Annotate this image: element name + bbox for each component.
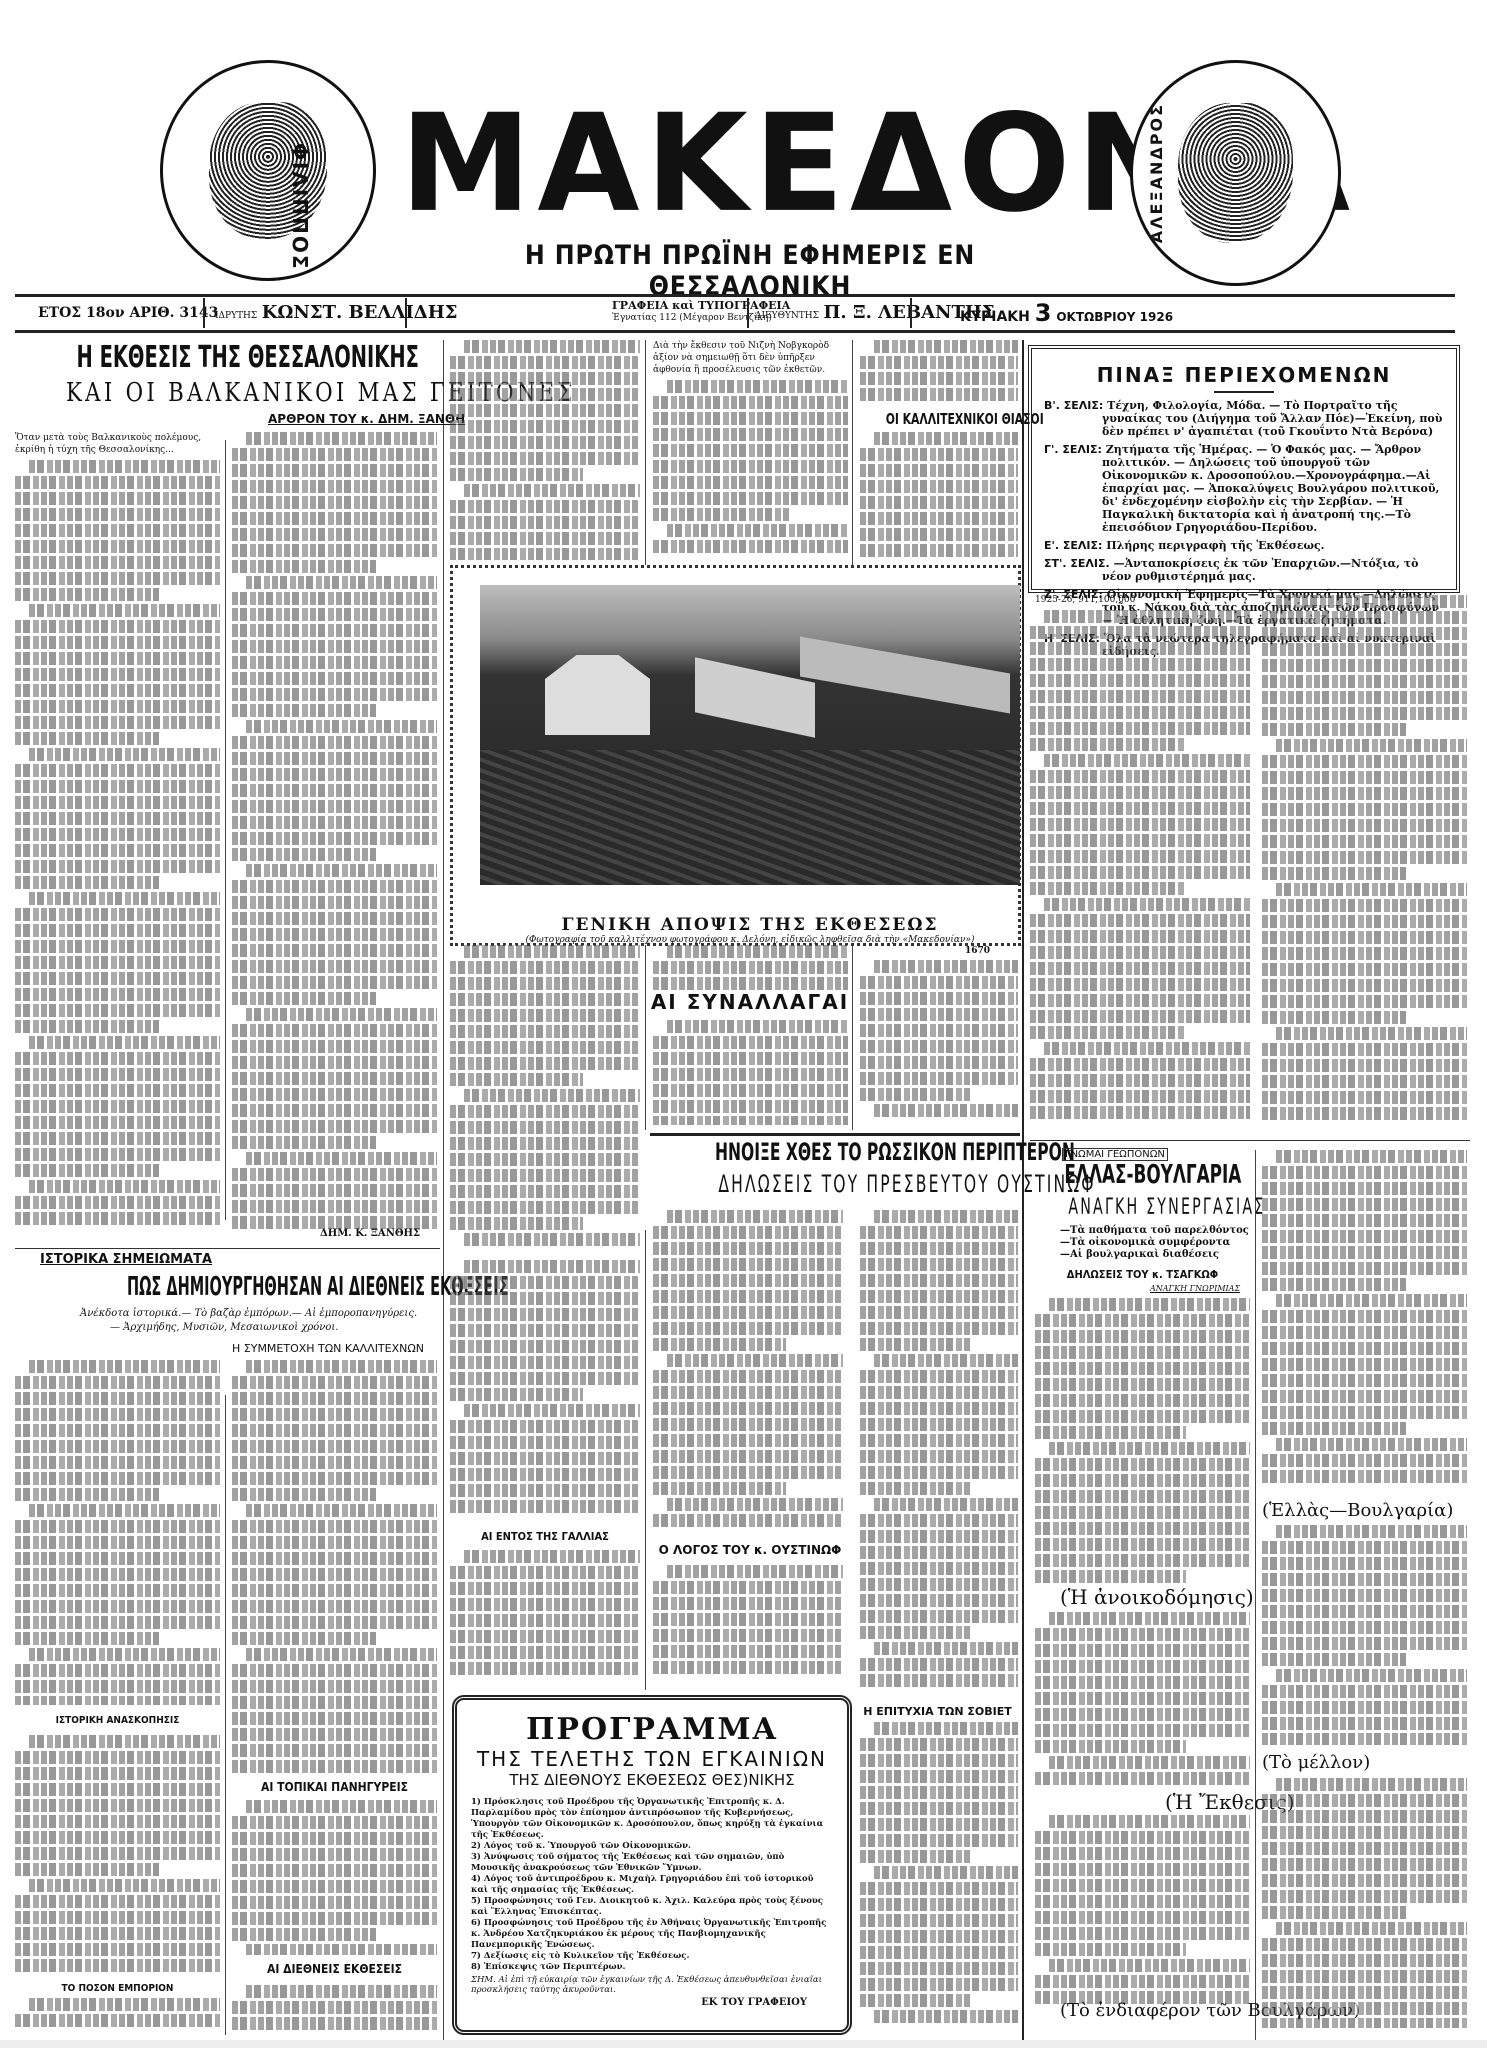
text-line <box>450 404 640 417</box>
text-line <box>450 1041 640 1054</box>
text-line <box>653 1482 786 1495</box>
gb-point: —Τὰ οἰκονομικὰ συμφέροντα <box>1060 1237 1249 1249</box>
text-line <box>29 1180 220 1193</box>
text-line <box>1262 1091 1467 1104</box>
russian-col1-lower-text <box>653 1565 843 1685</box>
text-line <box>1262 931 1467 944</box>
historical-rule <box>15 1248 440 1249</box>
text-line <box>450 1201 640 1214</box>
text-line <box>860 512 1018 525</box>
text-line <box>232 1696 437 1709</box>
text-line <box>1030 994 1250 1007</box>
text-line <box>1262 1842 1467 1855</box>
text-line <box>1276 595 1467 608</box>
column-rule <box>225 440 226 1220</box>
text-line <box>232 448 437 461</box>
gb-col1-text-c <box>1035 1815 1250 2005</box>
text-line <box>1030 850 1250 863</box>
text-line <box>667 1354 843 1367</box>
text-line <box>860 1418 1018 1431</box>
toc-row: Β'. ΣΕΛΙΣ: Τέχνη, Φιλολογία, Μόδα. — Τὸ … <box>1044 399 1444 438</box>
text-line <box>450 516 640 529</box>
text-line <box>15 956 220 969</box>
gb-headline-1-text: ΕΛΛΑΣ-ΒΟΥΛΓΑΡΙΑ <box>1064 1160 1241 1190</box>
divider <box>747 298 749 328</box>
text-line <box>15 1632 159 1645</box>
text-line <box>874 1104 1018 1117</box>
text-line <box>232 1728 437 1741</box>
text-line <box>1262 1342 1467 1355</box>
program-signature: ΕΚ ΤΟΥ ΓΡΑΦΕΙΟΥ <box>457 1997 807 2008</box>
budget-figure: 1925-26, 911,100,000 <box>1035 595 1135 605</box>
text-line <box>450 1630 640 1643</box>
text-line <box>1030 738 1184 751</box>
text-line <box>1262 1794 1467 1807</box>
text-line <box>232 1632 376 1645</box>
text-line <box>1276 1778 1467 1791</box>
text-line <box>1035 1831 1250 1844</box>
photo-caption: ΓΕΝΙΚΗ ΑΠΟΨΙΣ ΤΗΣ ΕΚΘΕΣΕΩΣ (Φωτογραφία τ… <box>480 915 1020 945</box>
text-line <box>1262 2018 1467 2028</box>
text-line <box>232 912 437 925</box>
text-line <box>1049 1298 1250 1311</box>
text-line <box>653 1629 843 1642</box>
text-line <box>1035 1490 1250 1503</box>
text-line <box>860 464 1018 477</box>
text-line <box>29 604 220 617</box>
text-line <box>232 544 437 557</box>
text-line <box>15 1392 220 1405</box>
text-line <box>15 1568 220 1581</box>
text-line <box>15 716 220 729</box>
text-line <box>1030 1026 1184 1039</box>
text-line <box>667 1210 843 1223</box>
text-line <box>15 492 220 505</box>
text-line <box>860 1946 1018 1959</box>
text-line <box>15 556 220 569</box>
text-line <box>1030 1074 1250 1087</box>
text-line <box>1262 1970 1467 1983</box>
text-line <box>653 1100 848 1113</box>
text-line <box>860 1242 1018 1255</box>
text-line <box>653 1370 843 1383</box>
text-line <box>464 945 640 958</box>
text-line <box>653 1402 843 1415</box>
text-line <box>1262 723 1406 736</box>
text-line <box>232 1568 437 1581</box>
text-line <box>15 1376 220 1389</box>
text-line <box>860 496 1018 509</box>
text-line <box>450 388 640 401</box>
text-line <box>860 1258 1018 1271</box>
text-line <box>1035 1895 1250 1908</box>
text-line <box>653 444 848 457</box>
program-items: 1) Πρόσκλησις τοῦ Προέδρου τῆς Ὀργανωτικ… <box>457 1797 847 1973</box>
text-line <box>450 1169 640 1182</box>
year-1670: 1670 <box>965 946 990 956</box>
text-line <box>232 1712 437 1725</box>
text-line <box>450 1073 583 1086</box>
text-line <box>232 480 437 493</box>
text-line <box>246 1504 437 1517</box>
text-line <box>232 688 437 701</box>
text-line <box>15 1148 220 1161</box>
text-line <box>874 960 1018 973</box>
gb-declarations: ΔΗΛΩΣΕΙΣ ΤΟΥ κ. ΤΣΑΓΚΩΦ <box>1030 1268 1255 1281</box>
synallagai-text <box>653 1020 848 1125</box>
text-line <box>1035 1927 1250 1940</box>
russian-headline-1-text: ΗΝΟΙΞΕ ΧΘΕΣ ΤΟ ΡΩΣΣΙΚΟΝ ΠΕΡΙΠΤΕΡΟΝ <box>715 1138 1075 1166</box>
text-line <box>1262 1573 1467 1586</box>
text-line <box>1030 722 1250 735</box>
text-line <box>450 1324 640 1337</box>
text-line <box>1035 1394 1250 1407</box>
text-line <box>29 1648 220 1661</box>
text-line <box>860 1674 1018 1687</box>
text-line <box>1262 787 1467 800</box>
text-line <box>860 1786 1018 1799</box>
text-line <box>450 1340 640 1353</box>
text-line <box>15 1847 220 1860</box>
text-line <box>464 484 640 497</box>
synallagai-lead-text <box>653 945 848 990</box>
historical-headline: ΠΩΣ ΔΗΜΙΟΥΡΓΗΘΗΣΑΝ ΑΙ ΔΙΕΘΝΕΙΣ ΕΚΘΕΣΕΙΣ <box>10 1272 450 1302</box>
text-line <box>860 448 1018 461</box>
galleia-text <box>450 1550 640 1685</box>
historical-col2-text-a <box>232 1360 437 1775</box>
text-line <box>1262 1733 1467 1745</box>
text-line <box>232 1168 437 1181</box>
kallitechnikoi-heading: ΟΙ ΚΑΛΛΙΤΕΧΝΙΚΟΙ ΘΙΑΣΟΙ <box>855 410 1020 428</box>
center-col1-lower-text <box>450 1260 640 1525</box>
program-line2: ΤΗΣ ΤΕΛΕΤΗΣ ΤΩΝ ΕΓΚΑΙΝΙΩΝ <box>457 1747 847 1771</box>
text-line <box>15 1456 220 1469</box>
toc-page: ΣΤ'. ΣΕΛΙΣ. <box>1044 557 1114 570</box>
text-line <box>1035 1426 1186 1439</box>
text-line <box>1262 2002 1467 2015</box>
text-line <box>246 1152 437 1165</box>
text-line <box>860 1802 1018 1815</box>
text-line <box>1262 835 1467 848</box>
text-line <box>1262 947 1467 960</box>
text-line <box>1035 1378 1250 1391</box>
text-line <box>232 1552 437 1565</box>
text-line <box>1262 1890 1467 1903</box>
gb-section-future: (Τὸ μέλλον) <box>1262 1752 1370 1773</box>
text-line <box>653 1338 786 1351</box>
column-rule <box>225 1395 226 2035</box>
text-line <box>1030 962 1250 975</box>
text-line <box>232 784 437 797</box>
text-line <box>667 1498 843 1511</box>
text-line <box>653 492 848 505</box>
text-line <box>15 636 220 649</box>
text-line <box>1262 995 1467 1008</box>
issue-date: ΚΥΡΙΑΚΗ 3 ΟΚΤΩΒΡΙΟΥ 1926 <box>960 299 1173 327</box>
text-line <box>874 2010 1018 2023</box>
text-line <box>667 1565 843 1578</box>
text-line <box>1035 1522 1250 1535</box>
text-line <box>450 1276 640 1289</box>
text-line <box>246 1008 437 1021</box>
program-item: 5) Προσφώνησις τοῦ Γεν. Διοικητοῦ κ. Ἀχι… <box>471 1896 833 1918</box>
text-line <box>860 1402 1018 1415</box>
text-line <box>232 1816 437 1829</box>
text-line <box>653 1434 843 1447</box>
coin-left-legend: ΦΙΛΙΠΠΟΣ <box>288 143 312 271</box>
text-line <box>15 844 220 857</box>
text-line <box>667 1020 848 1033</box>
text-line <box>232 1056 437 1069</box>
text-line <box>1262 1166 1467 1179</box>
text-line <box>15 1927 220 1940</box>
text-line <box>1276 1922 1467 1935</box>
text-line <box>15 508 220 521</box>
column-rule <box>443 340 444 2040</box>
text-line <box>15 572 220 585</box>
text-line <box>232 1600 437 1613</box>
text-line <box>15 796 220 809</box>
coin-alexander-icon: ΑΛΕΞΑΝΔΡΟΣ <box>1130 60 1341 286</box>
text-line <box>450 452 640 465</box>
synallagai-heading: ΑΙ ΣΥΝΑΛΛΑΓΑΙ <box>650 990 850 1014</box>
oustinof-speech-heading: Ο ΛΟΓΟΣ ΤΟΥ κ. ΟΥΣΤΙΝΩΦ <box>650 1543 850 1557</box>
text-line <box>15 1680 220 1693</box>
text-line <box>860 1322 1018 1335</box>
text-line <box>874 1210 1018 1223</box>
text-line <box>246 1944 437 1955</box>
text-line <box>1262 1938 1467 1951</box>
text-line <box>232 1664 437 1677</box>
text-line <box>450 356 640 369</box>
text-line <box>232 1392 437 1405</box>
toc-page: Ε'. ΣΕΛΙΣ: <box>1044 539 1106 552</box>
text-line <box>1035 1692 1250 1705</box>
text-line <box>860 1482 971 1495</box>
text-line <box>232 2017 437 2030</box>
text-line <box>1262 867 1406 880</box>
text-line <box>1262 915 1467 928</box>
text-line <box>1044 754 1250 767</box>
text-line <box>450 1105 640 1118</box>
russian-col2-text <box>860 1210 1018 1700</box>
text-line <box>232 1136 376 1149</box>
text-line <box>464 1260 640 1273</box>
text-line <box>15 732 159 745</box>
historical-subhead-2: — Ἀρχιμήδης, Μυσιῶν, Μεσαιωνικοὶ χρόνοι. <box>110 1322 338 1333</box>
text-line <box>1262 1701 1467 1714</box>
program-item: 6) Προσφώνησις τοῦ Προέδρου τῆς ἐν Ἀθήνα… <box>471 1918 833 1951</box>
text-line <box>860 388 1018 401</box>
text-line <box>450 1372 640 1385</box>
text-line <box>15 1100 220 1113</box>
text-line <box>232 1120 437 1133</box>
text-line <box>653 1226 843 1239</box>
text-line <box>464 1089 640 1102</box>
text-line <box>1262 1059 1467 1072</box>
divider <box>203 298 205 328</box>
text-line <box>246 720 437 733</box>
text-line <box>874 1498 1018 1511</box>
text-line <box>450 500 640 513</box>
text-line <box>15 684 220 697</box>
right-col1-text <box>1030 610 1250 1130</box>
text-line <box>860 528 1018 541</box>
text-line <box>232 496 437 509</box>
text-line <box>15 1815 220 1828</box>
text-line <box>450 1388 583 1401</box>
text-line <box>29 1879 220 1892</box>
text-line <box>15 1895 220 1908</box>
text-line <box>232 800 437 813</box>
toc-title: ΠΙΝΑΞ ΠΕΡΙΕΧΟΜΕΝΩΝ <box>1032 363 1456 387</box>
text-line <box>860 1290 1018 1303</box>
text-line <box>1262 707 1467 720</box>
text-line <box>1049 1442 1250 1455</box>
text-line <box>1035 1708 1250 1721</box>
text-line <box>1262 771 1467 784</box>
text-line <box>1262 803 1467 816</box>
text-line <box>15 1052 220 1065</box>
text-line <box>1262 627 1467 640</box>
text-line <box>860 1024 1018 1037</box>
text-line <box>450 1420 640 1433</box>
text-line <box>653 508 790 521</box>
historical-sub1-text: ΙΣΤΟΡΙΚΗ ΑΝΑΣΚΟΠΗΣΙΣ <box>56 1715 180 1726</box>
text-line <box>1035 1330 1250 1343</box>
text-line <box>246 1360 437 1373</box>
russian-rule <box>650 1133 1020 1136</box>
gb-section-anoikodomisis: (Ἡ ἀνοικοδόμησις) <box>1060 1585 1254 1609</box>
toc-underline <box>1214 391 1274 393</box>
text-line <box>1276 1669 1467 1682</box>
text-line <box>450 1185 640 1198</box>
gb-headline-1: ΕΛΛΑΣ-ΒΟΥΛΓΑΡΙΑ <box>1030 1160 1255 1190</box>
text-line <box>15 1116 220 1129</box>
historical-sub1: ΙΣΤΟΡΙΚΗ ΑΝΑΣΚΟΠΗΣΙΣ <box>15 1715 220 1726</box>
text-line <box>15 1831 220 1844</box>
text-line <box>1262 1637 1467 1650</box>
text-line <box>450 1484 640 1497</box>
text-line <box>450 1614 640 1627</box>
text-line <box>15 1424 220 1437</box>
text-line <box>860 1072 1018 1085</box>
text-line <box>1262 1278 1406 1291</box>
text-line <box>1035 1362 1250 1375</box>
date-month-year: ΟΚΤΩΒΡΙΟΥ 1926 <box>1056 310 1173 324</box>
text-line <box>232 832 437 845</box>
text-line <box>874 432 1018 445</box>
text-line <box>15 476 220 489</box>
text-line <box>15 1943 220 1956</box>
text-line <box>860 1850 971 1863</box>
gb-col2-text-b <box>1262 1525 1467 1745</box>
text-line <box>232 1488 376 1501</box>
text-line <box>1030 802 1250 815</box>
text-line <box>15 1783 220 1796</box>
text-line <box>15 1959 220 1972</box>
text-line <box>653 1581 843 1594</box>
text-line <box>860 1834 1018 1847</box>
column-rule <box>645 1230 646 1690</box>
text-line <box>232 2001 437 2014</box>
text-line <box>860 1450 1018 1463</box>
text-line <box>1262 1422 1406 1435</box>
gb-headline-2-text: ΑΝΑΓΚΗ ΣΥΝΕΡΓΑΣΙΑΣ <box>1068 1195 1265 1220</box>
text-line <box>232 1424 437 1437</box>
text-line <box>232 944 437 957</box>
text-line <box>860 480 1018 493</box>
nizhny-opening: Διὰ τὴν ἔκθεσιν τοῦ Νιζνὴ Νοβγκορὸδ ἀξίο… <box>653 340 848 376</box>
text-line <box>1276 1150 1467 1163</box>
newspaper-title: ΜΑΚΕΔΟΝΙΑ <box>400 97 1100 232</box>
gb-points: —Τὰ παθήματα τοῦ παρελθόντος —Τὰ οἰκονομ… <box>1060 1225 1249 1261</box>
text-line <box>1262 1621 1467 1634</box>
text-line <box>15 1068 220 1081</box>
text-line <box>860 1882 1018 1895</box>
text-line <box>15 1863 159 1876</box>
text-line <box>232 1536 437 1549</box>
historical-col2-text-b <box>232 1800 437 1955</box>
toc-page: Β'. ΣΕΛΙΣ: <box>1044 399 1107 412</box>
text-line <box>860 992 1018 1005</box>
director: ΔΙΕΥΘΥΝΤΗΣ Π. Ξ. ΛΕΒΑΝΤΗΣ <box>755 299 995 327</box>
text-line <box>450 1646 640 1659</box>
center-col2-top-text <box>653 380 848 560</box>
text-line <box>15 860 220 873</box>
text-line <box>232 1472 437 1485</box>
text-line <box>450 1137 640 1150</box>
text-line <box>860 1610 1018 1623</box>
text-line <box>232 736 437 749</box>
text-line <box>1030 658 1250 671</box>
text-line <box>860 1386 1018 1399</box>
text-line <box>1262 1685 1467 1698</box>
text-line <box>1262 659 1467 672</box>
text-line <box>1030 914 1250 927</box>
text-line <box>1276 1027 1467 1040</box>
lead-signature: ΔΗΜ. Κ. ΞΑΝΘΗΣ <box>320 1228 420 1239</box>
column-rule <box>852 945 853 1130</box>
text-line <box>653 1068 848 1081</box>
text-line <box>15 1584 220 1597</box>
photo-caption-credit: (Φωτογραφία τοῦ καλλιτέχνου φωτογράφου κ… <box>480 935 1020 945</box>
date-num: 3 <box>1035 299 1052 327</box>
text-line <box>15 1132 220 1145</box>
lead-headline-1: Η ΕΚΘΕΣΙΣ ΤΗΣ ΘΕΣΣΑΛΟΝΙΚΗΣ <box>10 340 440 375</box>
historical-col1-text-a <box>15 1360 220 1705</box>
text-line <box>232 1200 437 1213</box>
lead-opening: Ὅταν μετὰ τοὺς Βαλκανικοὺς πολέμους, ἐκρ… <box>15 432 220 456</box>
text-line <box>15 812 220 825</box>
soviet-success-heading: Η ΕΠΙΤΥΧΙΑ ΤΩΝ ΣΟΒΙΕΤ <box>855 1705 1020 1718</box>
text-line <box>1276 1438 1467 1451</box>
text-line <box>1044 610 1250 623</box>
text-line <box>15 524 220 537</box>
russian-col2-lower-text <box>860 1722 1018 2032</box>
text-line <box>450 1436 640 1449</box>
text-line <box>232 1072 437 1085</box>
text-line <box>15 908 220 921</box>
lead-headline-1-text: Η ΕΚΘΕΣΙΣ ΤΗΣ ΘΕΣΣΑΛΟΝΙΚΗΣ <box>77 340 419 375</box>
column-rule <box>645 340 646 565</box>
text-line <box>1030 818 1250 831</box>
text-line <box>246 864 437 877</box>
historical-sub4: ΑΙ ΔΙΕΘΝΕΙΣ ΕΚΘΕΣΕΙΣ <box>232 1962 437 1976</box>
year-issue: ΕΤΟΣ 18ον ΑΡΙΘ. 3143 <box>38 299 218 327</box>
text-line <box>1030 770 1250 783</box>
text-line <box>1044 1042 1250 1055</box>
